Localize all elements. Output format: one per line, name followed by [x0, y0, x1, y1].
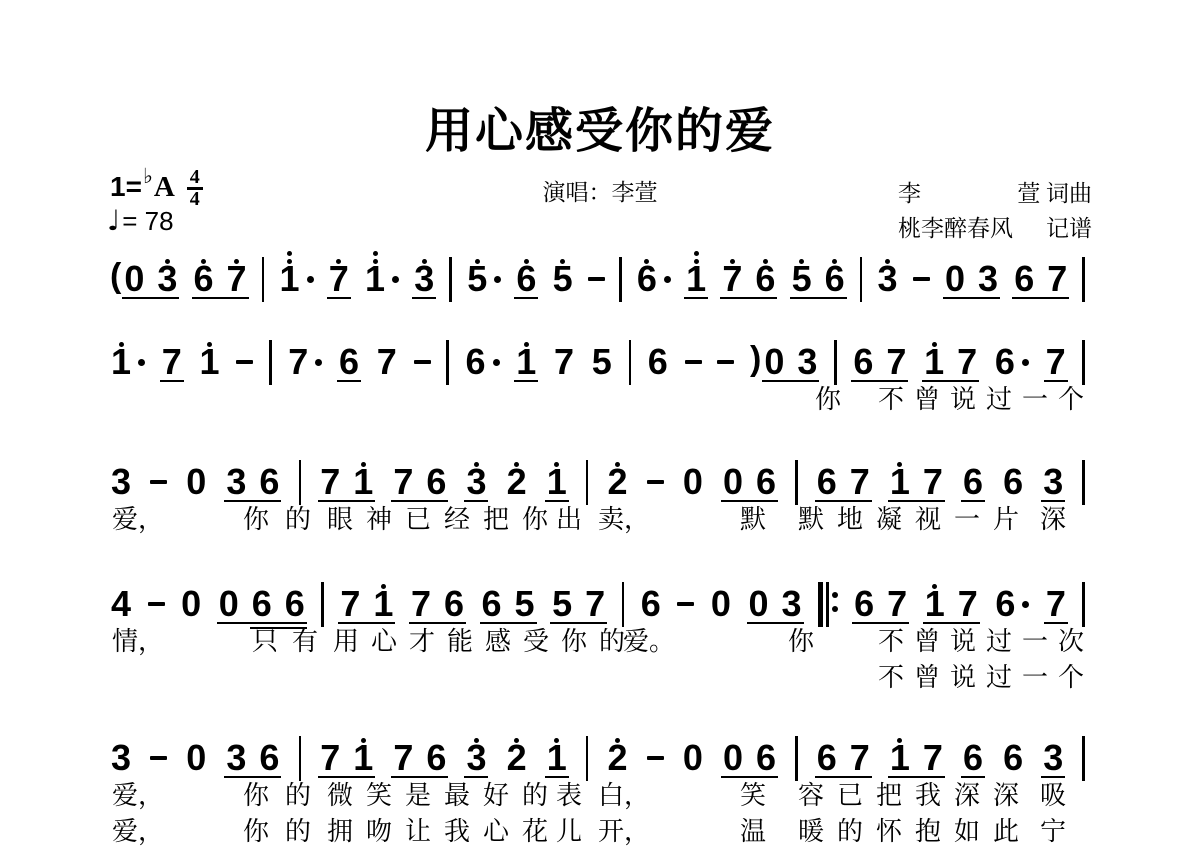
eighth-beam: 67 [1013, 251, 1068, 294]
beamed-group: 17 [889, 454, 944, 497]
beamed-group: 066 [218, 576, 306, 619]
note-number: 6 [1002, 743, 1024, 773]
note: 6 [824, 251, 846, 294]
note: 6 [515, 251, 537, 294]
note-number: 6 [1002, 467, 1024, 497]
beamed-group: 1 [546, 730, 568, 773]
augmentation-dot [664, 276, 671, 283]
barline [586, 736, 589, 781]
note: 0 [682, 730, 704, 773]
note-number: 5 [551, 589, 573, 619]
note: 7 [922, 454, 944, 497]
notation-row: 3036717632120066717663 [110, 454, 1085, 505]
augmentation-dot [1022, 359, 1029, 366]
lyric-segment: 情， [112, 626, 164, 658]
note-number: 1 [364, 264, 386, 294]
eighth-beam: 6 [962, 730, 984, 773]
eighth-beam: 03 [763, 334, 818, 377]
lyrics-row: 不曾说过一个 [110, 662, 1085, 694]
note-number: 0 [722, 467, 744, 497]
lyrics-row: 你不曾说过一个 [110, 384, 1085, 416]
note-number: 1 [924, 589, 946, 619]
note: 7 [319, 730, 341, 773]
beamed-group: 7 [328, 251, 350, 294]
note-number: 1 [889, 467, 911, 497]
augmentation-dot [392, 276, 399, 283]
note-number: 5 [466, 264, 488, 294]
beamed-group: 17 [923, 334, 978, 377]
time-numerator: 4 [190, 169, 200, 186]
score-line-5: 3036717632120066717663爱，你的微笑是最好的表白，笑容已把我… [110, 730, 1085, 781]
note-number: 2 [607, 743, 629, 773]
note-number: 7 [849, 467, 871, 497]
note: 7 [339, 576, 361, 619]
credits-block: 李 萱 词曲 桃李醉春风 记谱 [898, 176, 1092, 246]
lyric-segment: 个 [1058, 384, 1084, 416]
note-number: 6 [425, 743, 447, 773]
eighth-beam: 67 [193, 251, 248, 294]
barline [446, 340, 449, 385]
note: 6 [193, 251, 215, 294]
lyric-segment: 爱， [112, 816, 164, 848]
lyric-segment: 笑 [740, 780, 766, 812]
time-signature: 4 4 [187, 169, 203, 208]
note: 3 [465, 454, 487, 497]
note-number: 7 [392, 743, 414, 773]
note: 1 [923, 334, 945, 377]
note: 7 [161, 334, 183, 377]
note-number: 0 [185, 743, 207, 773]
lyric-segment: 只有 [252, 626, 332, 658]
barline [1082, 460, 1085, 505]
eighth-beam: 57 [551, 576, 606, 619]
note-number: 3 [156, 264, 178, 294]
note-number: 1 [110, 347, 132, 377]
note: 7 [287, 334, 322, 377]
note: 6 [258, 454, 280, 497]
augmentation-dot [1022, 601, 1029, 608]
dash-extension [236, 360, 253, 364]
note: 0 [944, 251, 966, 294]
dash-extension [685, 360, 702, 364]
note: 1 [364, 251, 399, 294]
barline [1082, 257, 1085, 302]
lyric-segment: 不曾说过一 [878, 384, 1058, 416]
note-number: 0 [682, 743, 704, 773]
dash-extension [677, 602, 694, 606]
note-number: 3 [465, 467, 487, 497]
beamed-group: 7 [1045, 576, 1067, 619]
eighth-beam: 17 [924, 576, 979, 619]
note-number: 0 [710, 589, 732, 619]
note-number: 1 [372, 589, 394, 619]
note: 7 [410, 576, 432, 619]
eighth-beam: 76 [392, 730, 447, 773]
eighth-beam: 67 [816, 454, 871, 497]
dash-extension [717, 360, 734, 364]
note-number: 6 [755, 467, 777, 497]
eighth-beam: 3 [1042, 454, 1064, 497]
lyric-segment: 你 [788, 626, 814, 658]
note-number: 7 [849, 743, 871, 773]
barline [795, 736, 798, 781]
key-letter: A [154, 170, 175, 204]
lyric-segment: 卖， [598, 504, 650, 536]
note-number: 0 [763, 347, 785, 377]
note: 3 [110, 730, 132, 773]
beamed-group: 76 [721, 251, 776, 294]
note-number: 1 [923, 347, 945, 377]
note: 1 [199, 334, 221, 377]
note: 0 [218, 576, 240, 619]
note: 3 [225, 454, 247, 497]
note: 0 [185, 730, 207, 773]
note-number: 6 [962, 743, 984, 773]
beamed-group: 17 [924, 576, 979, 619]
note-number: 7 [721, 264, 743, 294]
note-number: 1 [352, 743, 374, 773]
barline [1082, 736, 1085, 781]
note: 5 [791, 251, 813, 294]
note: 3 [877, 251, 899, 294]
note: 3 [465, 730, 487, 773]
note-number: 7 [885, 347, 907, 377]
beamed-group: 67 [816, 454, 871, 497]
note-number: 7 [1045, 347, 1067, 377]
lyric-segment: 白， [598, 780, 650, 812]
note-number: 1 [352, 467, 374, 497]
note: 2 [506, 730, 528, 773]
note-number: 6 [338, 347, 360, 377]
note: 5 [466, 251, 501, 294]
note-number: 2 [506, 743, 528, 773]
beamed-group: 6 [962, 730, 984, 773]
note: 6 [640, 576, 662, 619]
note: 3 [1042, 454, 1064, 497]
note: 6 [755, 730, 777, 773]
note-number: 0 [185, 467, 207, 497]
quarter-note-icon: ♩ [107, 205, 120, 237]
note: 2 [607, 454, 629, 497]
note-number: 7 [161, 347, 183, 377]
barline [1082, 582, 1085, 627]
eighth-beam: 17 [889, 730, 944, 773]
eighth-beam: 17 [923, 334, 978, 377]
note-number: 3 [1042, 467, 1064, 497]
tempo-marking: ♩ = 78 [107, 205, 174, 237]
beamed-group: 71 [339, 576, 394, 619]
eighth-beam: 06 [722, 730, 777, 773]
lyric-segment: 默地凝视一片 [798, 504, 1032, 536]
note: 7 [553, 334, 575, 377]
note: 6 [816, 730, 838, 773]
eighth-beam: 066 [218, 576, 306, 619]
note-number: 7 [410, 589, 432, 619]
note-number: 7 [287, 347, 309, 377]
beamed-group: 67 [816, 730, 871, 773]
note-number: 6 [465, 347, 487, 377]
note: 7 [849, 454, 871, 497]
sheet-music-page: 用心感受你的爱 演唱：李萱 1=♭A 4 4 ♩ = 78 李 萱 词曲 桃李醉… [0, 0, 1200, 850]
note-number: 7 [392, 467, 414, 497]
beamed-group: 06 [722, 730, 777, 773]
eighth-beam: 6 [338, 334, 360, 377]
eighth-beam: 67 [853, 576, 908, 619]
note-number: 0 [123, 264, 145, 294]
note: 0 [710, 576, 732, 619]
note-number: 7 [1045, 589, 1067, 619]
note-number: 7 [956, 347, 978, 377]
note-number: 6 [647, 347, 669, 377]
beamed-group: 1 [515, 334, 537, 377]
lyric-segment: 吸 [1040, 780, 1066, 812]
time-denominator: 4 [190, 191, 200, 208]
barline [622, 582, 625, 627]
note: 5 [552, 251, 574, 294]
note-number: 6 [994, 589, 1016, 619]
note-number: 3 [977, 264, 999, 294]
beamed-group: 7 [161, 334, 183, 377]
note-number: 7 [226, 264, 248, 294]
augmentation-dot [493, 359, 500, 366]
note: 3 [796, 334, 818, 377]
note-number: 1 [199, 347, 221, 377]
note-number: 6 [481, 589, 503, 619]
note-number: 7 [922, 743, 944, 773]
augmentation-dot [138, 359, 145, 366]
dash-extension [647, 480, 664, 484]
parenthesis: ( [110, 260, 121, 292]
score-line-2: 17176761756)03671767你不曾说过一个 [110, 334, 1085, 385]
note: 6 [755, 454, 777, 497]
lyric-segment: 个 [1058, 662, 1084, 694]
note-number: 3 [110, 743, 132, 773]
beamed-group: 17 [889, 730, 944, 773]
beamed-group: 36 [225, 454, 280, 497]
beamed-group: 76 [410, 576, 465, 619]
note-number: 7 [319, 743, 341, 773]
lyric-segment: 微笑是最好的 [327, 780, 561, 812]
credit-transcriber-name: 桃李醉春风 [898, 211, 1013, 246]
eighth-beam: 6 [962, 454, 984, 497]
note: 3 [413, 251, 435, 294]
eighth-beam: 56 [791, 251, 846, 294]
note: 7 [849, 730, 871, 773]
beamed-group: 06 [722, 454, 777, 497]
eighth-beam: 06 [722, 454, 777, 497]
notation-row: (0367171356561765630367 [110, 251, 1085, 302]
note: 3 [977, 251, 999, 294]
note-number: 6 [962, 467, 984, 497]
note-number: 0 [682, 467, 704, 497]
note: 7 [584, 576, 606, 619]
barline [1082, 340, 1085, 385]
eighth-beam: 1 [546, 454, 568, 497]
note: 7 [1045, 576, 1067, 619]
note-number: 7 [922, 467, 944, 497]
lyric-segment: 开， [598, 816, 650, 848]
note: 7 [328, 251, 350, 294]
augmentation-dot [315, 359, 322, 366]
eighth-beam: 67 [852, 334, 907, 377]
note: 1 [546, 454, 568, 497]
note: 1 [372, 576, 394, 619]
note-number: 3 [413, 264, 435, 294]
beamed-group: 3 [465, 730, 487, 773]
eighth-beam: 76 [410, 576, 465, 619]
note: 6 [251, 576, 273, 619]
repeat-dots [832, 592, 838, 612]
note: 5 [551, 576, 573, 619]
note-number: 6 [853, 589, 875, 619]
note: 1 [889, 454, 911, 497]
note-number: 6 [994, 347, 1016, 377]
note-number: 7 [328, 264, 350, 294]
beamed-group: 03 [748, 576, 803, 619]
key-prefix: 1= [110, 170, 142, 204]
note: 4 [110, 576, 132, 619]
note: 6 [754, 251, 776, 294]
beamed-group: 67 [853, 576, 908, 619]
eighth-beam: 3 [413, 251, 435, 294]
beamed-group: 1 [546, 454, 568, 497]
lyric-segment: 拥吻让我心花 [327, 816, 561, 848]
note: 6 [338, 334, 360, 377]
beamed-group: 76 [392, 454, 447, 497]
eighth-beam: 71 [319, 454, 374, 497]
notation-row: 17176761756)03671767 [110, 334, 1085, 385]
lyric-segment: 容已把我深深 [798, 780, 1032, 812]
eighth-beam: 7 [161, 334, 183, 377]
beamed-group: 57 [551, 576, 606, 619]
note-number: 6 [636, 264, 658, 294]
octave-dot [373, 251, 378, 256]
note-number: 2 [607, 467, 629, 497]
note: 3 [110, 454, 132, 497]
note-number: 7 [339, 589, 361, 619]
lyric-segment: 爱， [112, 780, 164, 812]
notation-row: 3036717632120066717663 [110, 730, 1085, 781]
note-number: 2 [506, 467, 528, 497]
lyric-segment: 爱， [112, 504, 164, 536]
barline [449, 257, 452, 302]
lyric-segment: 眼神已经把你 [327, 504, 561, 536]
eighth-beam: 1 [546, 730, 568, 773]
note-number: 1 [546, 743, 568, 773]
lyric-segment: 爱。 [623, 626, 675, 658]
note: 7 [957, 576, 979, 619]
eighth-beam: 6 [515, 251, 537, 294]
eighth-beam: 65 [481, 576, 536, 619]
dash-extension [913, 277, 930, 281]
note-number: 1 [279, 264, 301, 294]
note: 6 [962, 730, 984, 773]
note-number: 3 [796, 347, 818, 377]
note-number: 7 [553, 347, 575, 377]
beamed-group: 3 [465, 454, 487, 497]
note: 7 [922, 730, 944, 773]
note: 6 [853, 576, 875, 619]
eighth-beam: 03 [123, 251, 178, 294]
eighth-beam: 7 [1045, 334, 1067, 377]
beamed-group: )03 [750, 334, 818, 377]
beamed-group: 71 [319, 454, 374, 497]
note-number: 5 [552, 264, 574, 294]
note: 0 [123, 251, 145, 294]
note-number: 6 [258, 743, 280, 773]
note: 6 [994, 576, 1029, 619]
beamed-group: 6 [515, 251, 537, 294]
score-line-4: 40066717665576003671767情，只有用心才能感受你的爱。你不曾… [110, 576, 1085, 627]
note-number: 6 [1013, 264, 1035, 294]
lyric-segment: 暖的怀抱如此 [798, 816, 1032, 848]
song-title: 用心感受你的爱 [0, 102, 1200, 162]
note: 6 [816, 454, 838, 497]
note: 6 [425, 730, 447, 773]
sixteenth-beam: 66 [251, 576, 306, 619]
note-number: 5 [591, 347, 613, 377]
note: 6 [962, 454, 984, 497]
eighth-beam: 17 [889, 454, 944, 497]
note-number: 6 [852, 347, 874, 377]
note-number: 6 [816, 743, 838, 773]
score-line-3: 3036717632120066717663爱，你的眼神已经把你出卖，默默地凝视… [110, 454, 1085, 505]
lyric-segment: 不曾说过一 [878, 662, 1058, 694]
beamed-group: 76 [392, 730, 447, 773]
lyrics-row: 爱，你的微笑是最好的表白，笑容已把我深深吸 [110, 780, 1085, 812]
note-number: 6 [258, 467, 280, 497]
note-number: 6 [284, 589, 306, 619]
note: 1 [279, 251, 314, 294]
note-number: 1 [889, 743, 911, 773]
note: 6 [443, 576, 465, 619]
note: 7 [956, 334, 978, 377]
barline [795, 460, 798, 505]
eighth-beam: 36 [225, 454, 280, 497]
credit-author-role: 萱 词曲 [1017, 176, 1092, 211]
dash-extension [588, 277, 605, 281]
note: 7 [226, 251, 248, 294]
barline [860, 257, 863, 302]
lyric-segment: 你的 [243, 504, 327, 536]
key-signature: 1=♭A 4 4 [110, 170, 203, 208]
note: 1 [515, 334, 537, 377]
note: 0 [748, 576, 770, 619]
note: 7 [376, 334, 398, 377]
note: 1 [352, 730, 374, 773]
note: 6 [258, 730, 280, 773]
note: 6 [1002, 454, 1024, 497]
beamed-group: 3 [413, 251, 435, 294]
note: 1 [924, 576, 946, 619]
note-number: 7 [376, 347, 398, 377]
note: 6 [425, 454, 447, 497]
eighth-beam: 71 [339, 576, 394, 619]
note-number: 0 [722, 743, 744, 773]
note: 3 [156, 251, 178, 294]
note-number: 3 [225, 467, 247, 497]
beamed-group: (03 [110, 251, 178, 294]
eighth-beam: 1 [685, 251, 707, 294]
barline [269, 340, 272, 385]
lyric-segment: 宁 [1040, 816, 1066, 848]
lyrics-row: 爱，你的眼神已经把你出卖，默默地凝视一片深 [110, 504, 1085, 536]
beamed-group: 56 [791, 251, 846, 294]
note: 7 [886, 576, 908, 619]
barline [299, 736, 302, 781]
beamed-group: 67 [1013, 251, 1068, 294]
note: 6 [465, 334, 500, 377]
